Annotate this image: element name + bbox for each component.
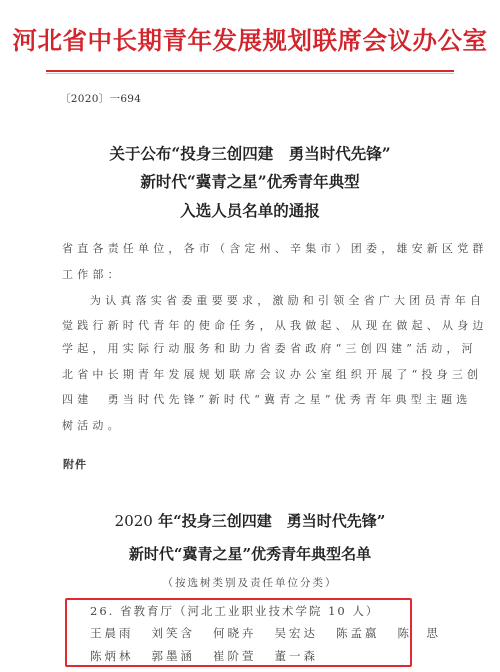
person-name: 王晨雨: [90, 626, 134, 640]
salutation-line-2: 工作部：: [62, 268, 438, 282]
list-title-year: 2020: [115, 512, 153, 530]
list-title-line-1: 2020 年“投身三创四建 勇当时代先锋”: [0, 511, 500, 531]
body-paragraph-line-3: 学起，用实际行动服务和助力省委省政府“三创四建”活动，河: [62, 342, 438, 356]
document-number: 〔2020〕一694: [60, 91, 141, 106]
salutation-line-1: 省直各责任单位，各市（含定州、辛集市）团委，雄安新区党群: [62, 242, 438, 256]
body-paragraph-line-6: 树活动。: [62, 419, 438, 433]
list-subtitle: （按选树类别及责任单位分类）: [0, 575, 500, 590]
organization-header: 河北省中长期青年发展规划联席会议办公室: [0, 26, 500, 56]
attachment-label: 附件: [63, 456, 87, 472]
person-name: 陈孟嬴: [336, 626, 380, 640]
body-paragraph-line-4: 北省中长期青年发展规划联席会议办公室组织开展了“投身三创: [62, 368, 438, 382]
names-row-1: 王晨雨 刘笑含 何晓卉 吴宏达 陈孟嬴 陈 思: [90, 626, 459, 640]
red-divider-rule-shadow: [46, 73, 454, 74]
notice-title-line-3: 入选人员名单的通报: [0, 201, 500, 221]
person-name: 董一森: [275, 649, 319, 663]
person-name: 陈 思: [398, 626, 442, 640]
person-name: 崔阶萱: [213, 649, 257, 663]
names-row-2: 陈炳林 郭墨涵 崔阶萱 董一森: [90, 649, 336, 663]
notice-title-line-1: 关于公布“投身三创四建 勇当时代先锋”: [0, 144, 500, 164]
person-name: 郭墨涵: [152, 649, 196, 663]
notice-title-line-2: 新时代“冀青之星”优秀青年典型: [0, 172, 500, 192]
red-divider-rule: [46, 70, 454, 72]
person-name: 刘笑含: [152, 626, 196, 640]
list-title-line-1-text: 年“投身三创四建 勇当时代先锋”: [153, 512, 385, 530]
body-paragraph-line-2: 觉践行新时代青年的使命任务，从我做起、从现在做起、从身边: [62, 319, 438, 333]
person-name: 何晓卉: [213, 626, 257, 640]
body-paragraph-line-5: 四建 勇当时代先锋”新时代“冀青之星”优秀青年典型主题选: [62, 393, 438, 407]
section-heading: 26. 省教育厅（河北工业职业技术学院 10 人）: [90, 604, 379, 618]
person-name: 吴宏达: [275, 626, 319, 640]
person-name: 陈炳林: [90, 649, 134, 663]
body-paragraph-line-1: 为认真落实省委重要要求，激励和引领全省广大团员青年自: [90, 294, 438, 308]
list-title-line-2: 新时代“冀青之星”优秀青年典型名单: [0, 544, 500, 564]
